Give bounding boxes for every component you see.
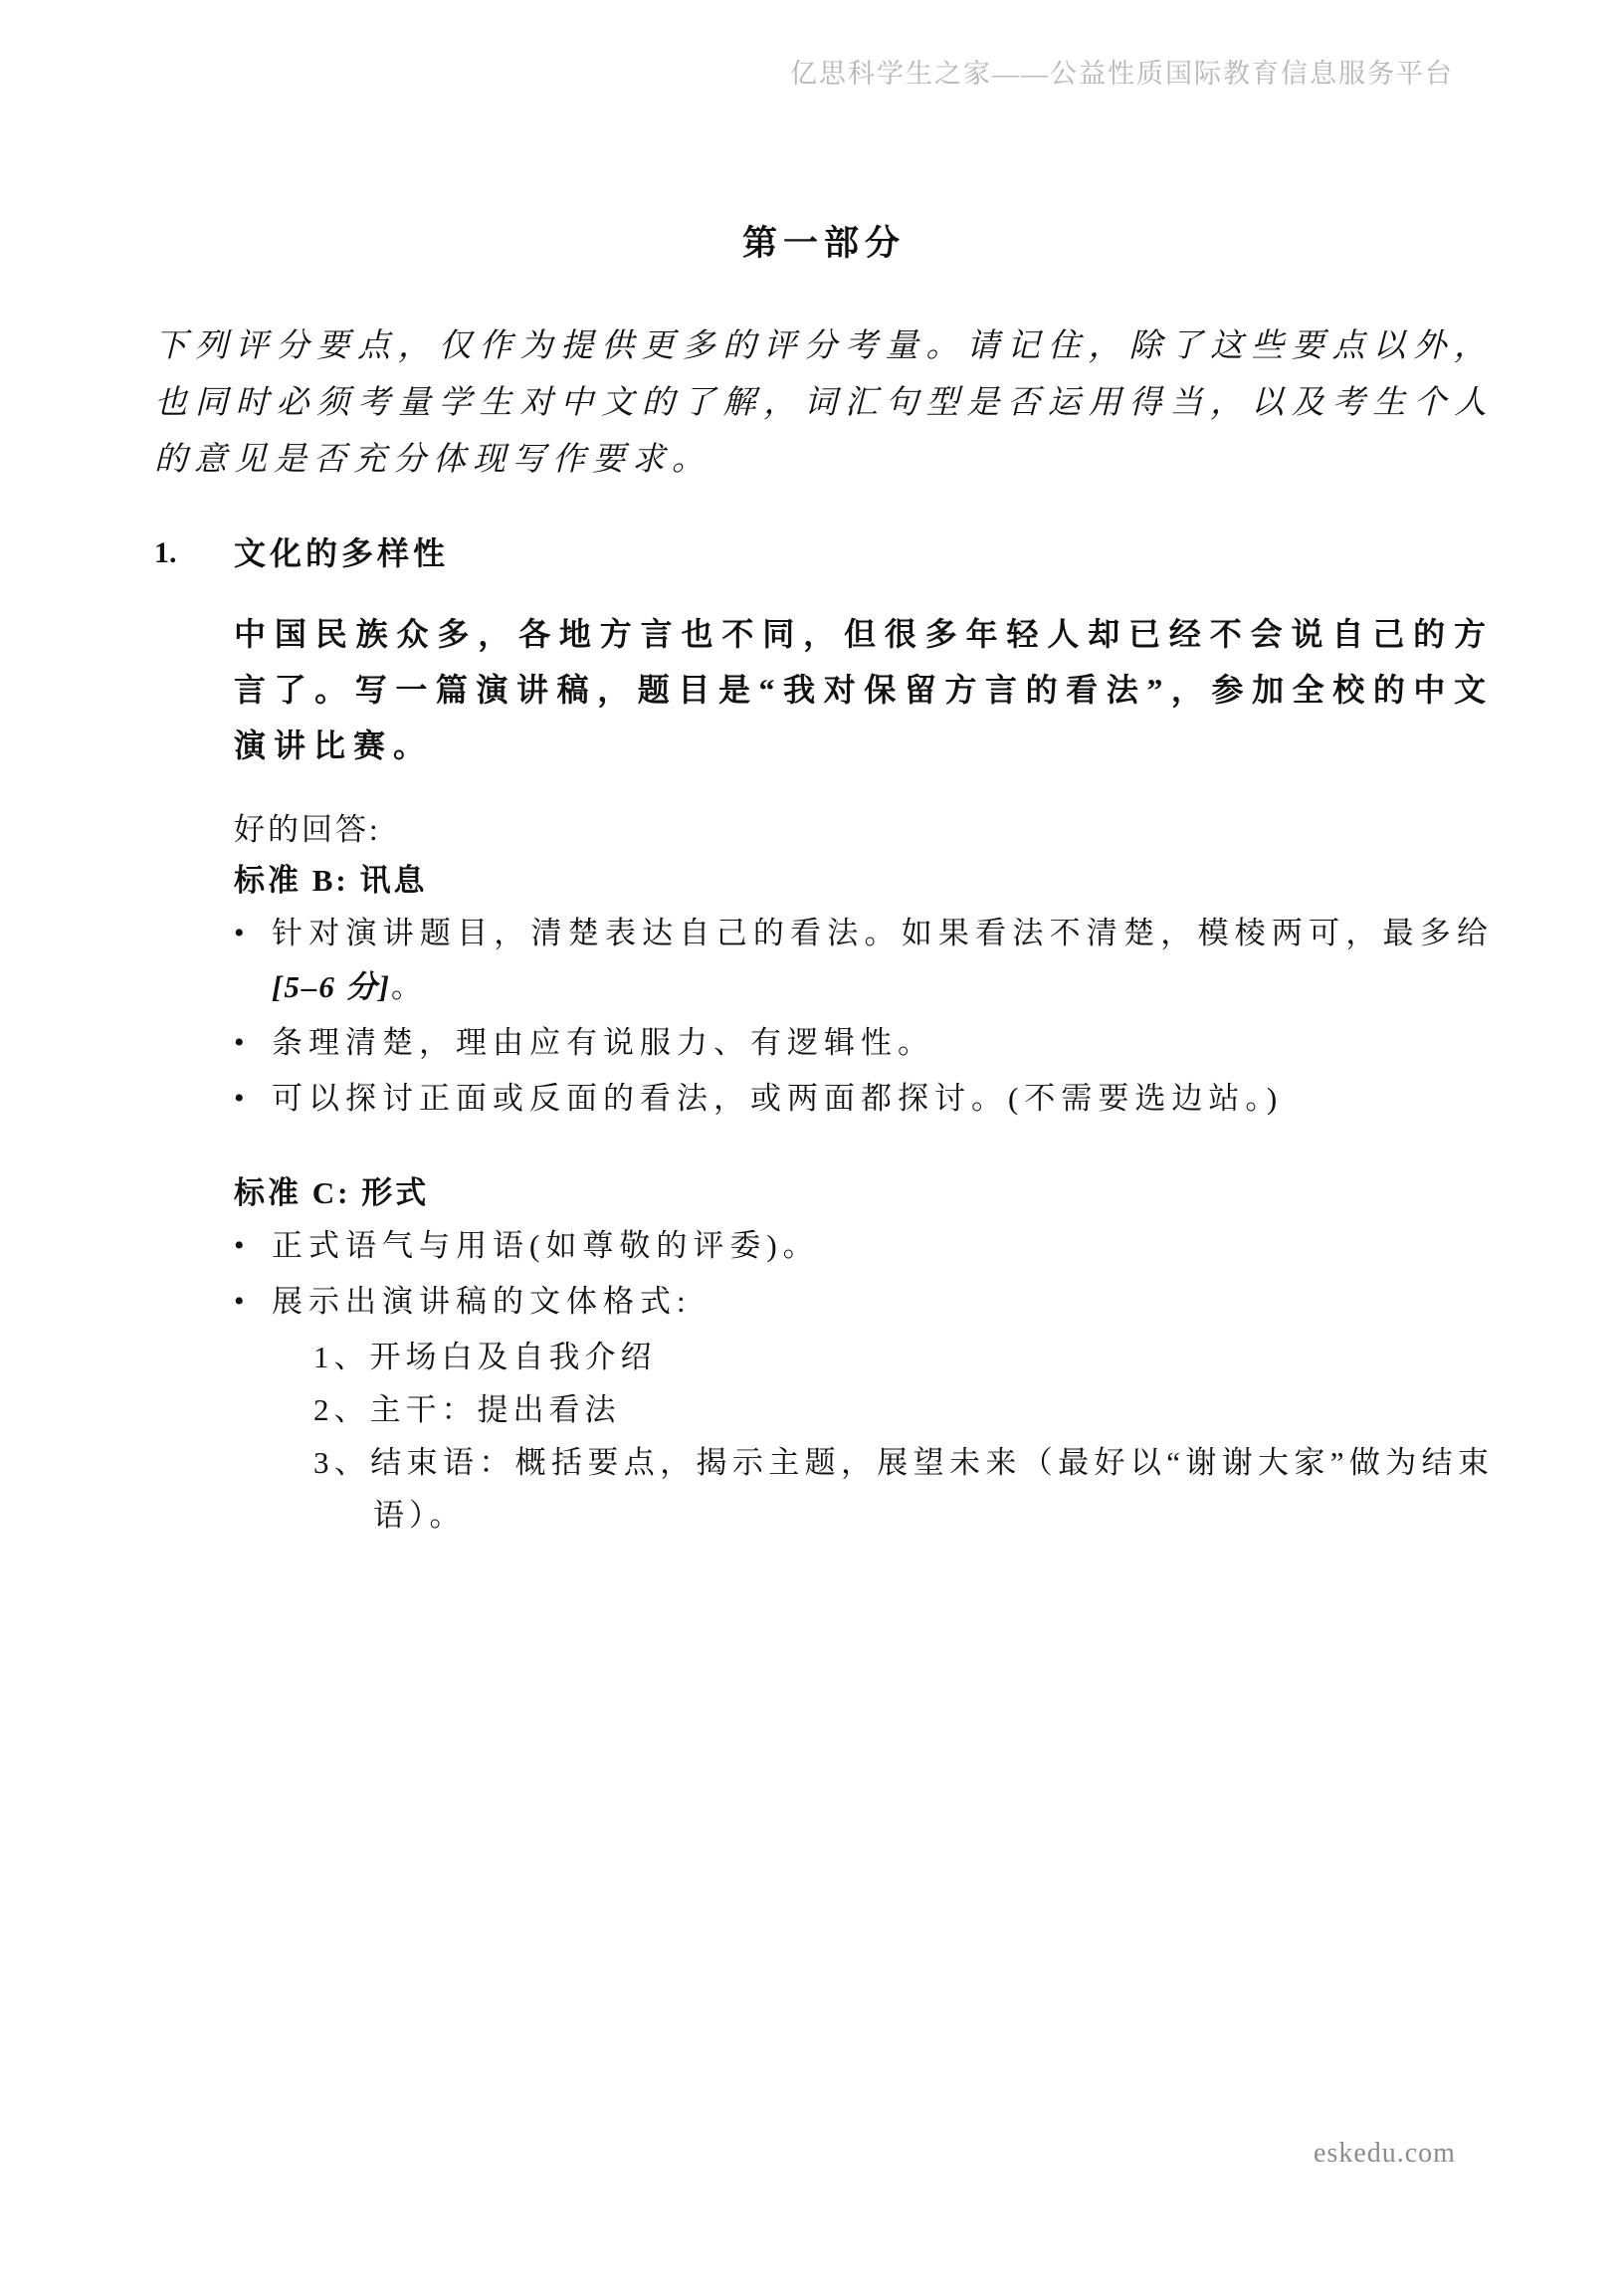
criterion-b-bullet-2: 条理清楚，理由应有说服力、有逻辑性。 <box>234 1016 1494 1070</box>
answer-label: 好的回答: <box>234 805 1494 855</box>
section-content: 中国民族众多，各地方言也不同，但很多年轻人却已经不会说自己的方言了。写一篇演讲稿… <box>234 606 1494 1542</box>
section-number: 1. <box>154 528 234 578</box>
document-body: 第一部分 下列评分要点，仅作为提供更多的评分考量。请记住，除了这些要点以外，也同… <box>0 0 1623 1542</box>
criterion-c-bullets: 正式语气与用语(如尊敬的评委)。 展示出演讲稿的文体格式: <box>234 1219 1494 1329</box>
document-page: 亿思科学生之家——公益性质国际教育信息服务平台 第一部分 下列评分要点，仅作为提… <box>0 0 1623 2296</box>
score-range: [5–6 分] <box>272 969 391 1004</box>
bullet-text: 针对演讲题目，清楚表达自己的看法。如果看法不清楚，模棱两可，最多给 <box>272 916 1494 950</box>
speech-format-list: 1、开场白及自我介绍 2、主干：提出看法 3、结束语：概括要点，揭示主题，展望未… <box>234 1331 1494 1542</box>
page-header-text: 亿思科学生之家——公益性质国际教育信息服务平台 <box>790 52 1454 91</box>
criterion-b-bullets: 针对演讲题目，清楚表达自己的看法。如果看法不清楚，模棱两可，最多给 [5–6 分… <box>234 907 1494 1126</box>
criterion-b-heading: 标准 B: 讯息 <box>234 855 1494 907</box>
criterion-b-bullet-3: 可以探讨正面或反面的看法，或两面都探讨。(不需要选边站。) <box>234 1072 1494 1126</box>
task-prompt: 中国民族众多，各地方言也不同，但很多年轻人却已经不会说自己的方言了。写一篇演讲稿… <box>234 606 1494 773</box>
section-heading: 1. 文化的多样性 <box>154 528 1494 578</box>
criterion-c-bullet-1: 正式语气与用语(如尊敬的评委)。 <box>234 1219 1494 1273</box>
speech-format-item-3: 3、结束语：概括要点，揭示主题，展望未来（最好以“谢谢大家”做为结束语）。 <box>274 1436 1494 1542</box>
intro-paragraph: 下列评分要点，仅作为提供更多的评分考量。请记住，除了这些要点以外，也同时必须考量… <box>154 318 1494 489</box>
footer-site-link: eskedu.com <box>1314 2138 1456 2170</box>
bullet-text-end: 。 <box>391 969 428 1004</box>
page-title: 第一部分 <box>154 219 1494 269</box>
speech-format-item-2: 2、主干：提出看法 <box>274 1383 1494 1436</box>
section-title: 文化的多样性 <box>234 528 449 578</box>
speech-format-item-1: 1、开场白及自我介绍 <box>274 1331 1494 1383</box>
criterion-c-bullet-2: 展示出演讲稿的文体格式: <box>234 1275 1494 1329</box>
criterion-c-heading: 标准 C: 形式 <box>234 1167 1494 1219</box>
criterion-b-bullet-1: 针对演讲题目，清楚表达自己的看法。如果看法不清楚，模棱两可，最多给 [5–6 分… <box>234 907 1494 1014</box>
